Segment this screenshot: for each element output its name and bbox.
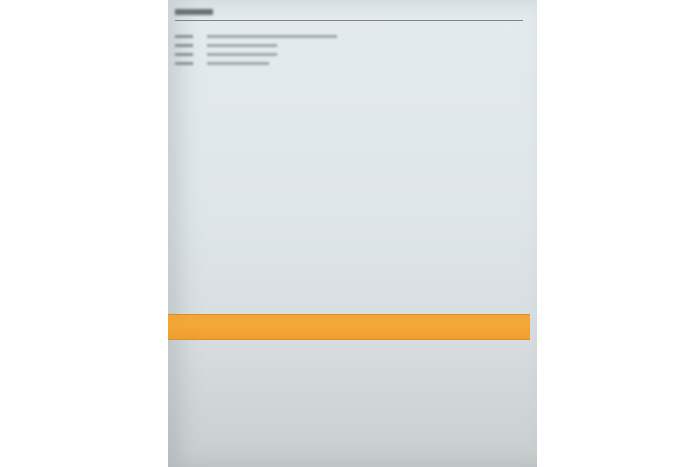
highlighter-mark (168, 314, 530, 340)
email-meta-subject (175, 62, 269, 66)
blurred-header-tag (175, 9, 213, 15)
email-meta-to (175, 44, 277, 48)
email-meta-from (175, 35, 337, 39)
header-divider (175, 20, 523, 21)
email-meta-sent (175, 53, 277, 57)
paper-sheet (168, 0, 537, 467)
